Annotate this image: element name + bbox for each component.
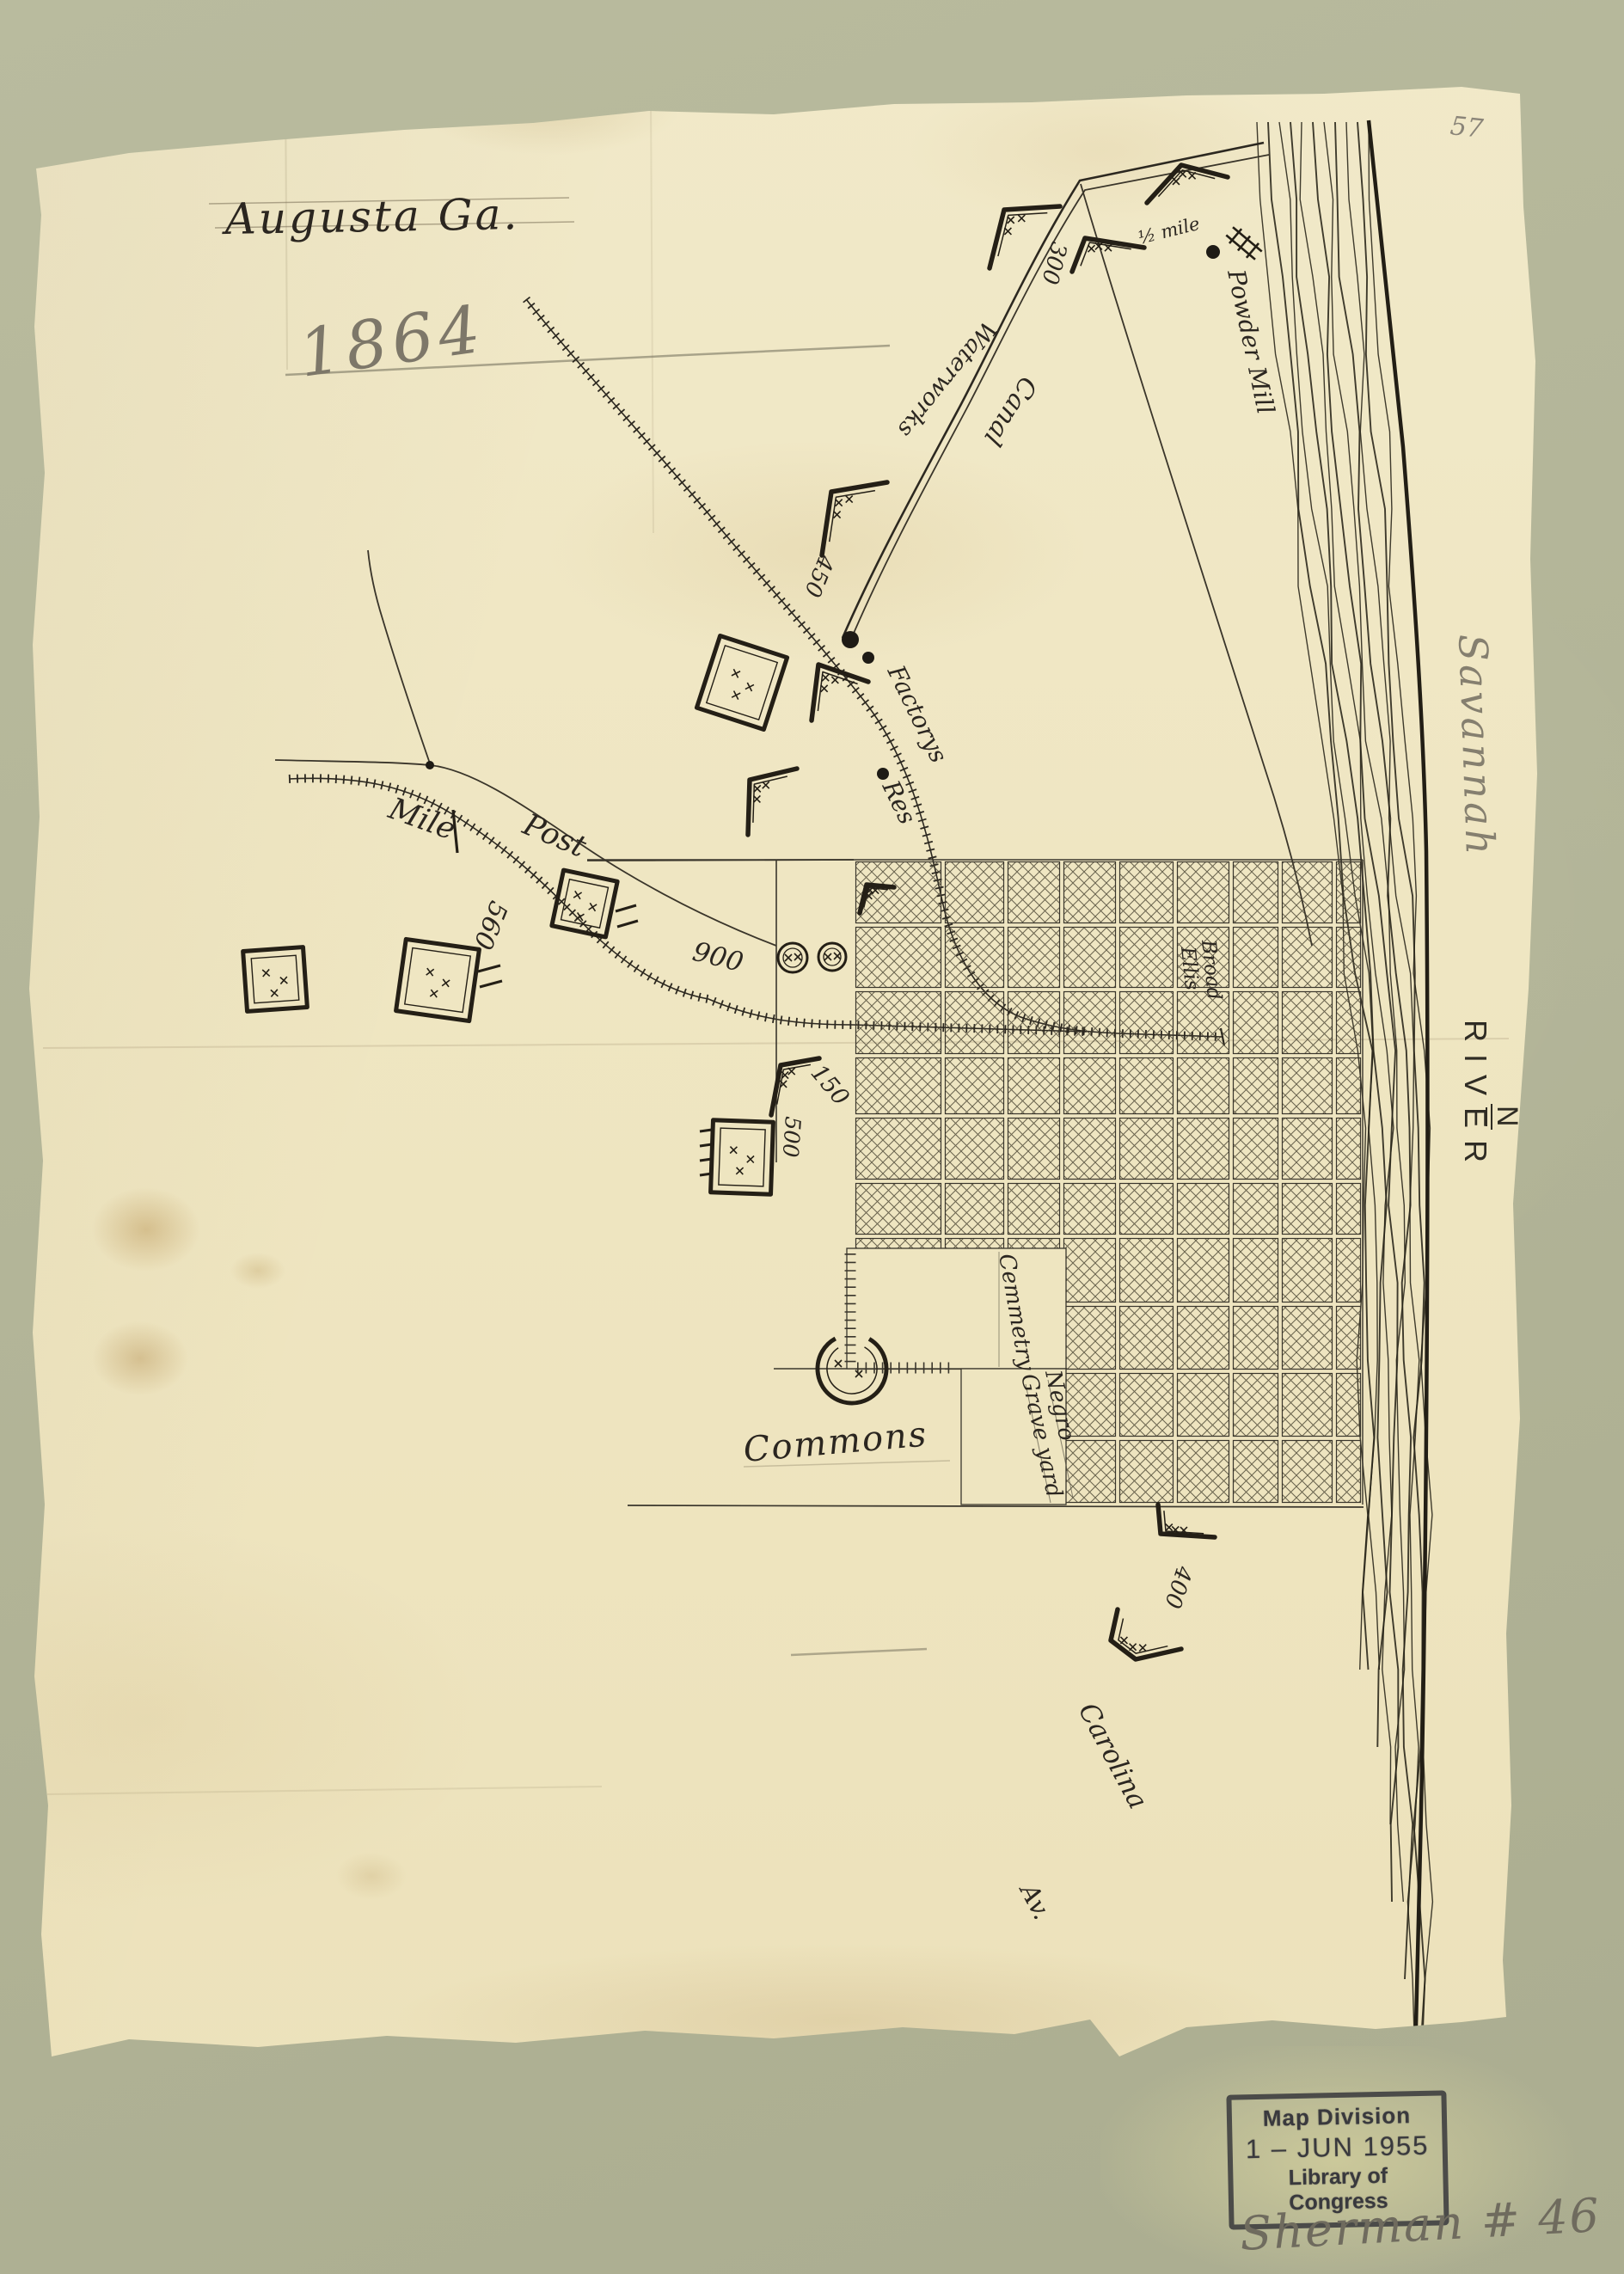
label-powder-mill: Powder Mill xyxy=(1222,267,1280,417)
mile-post-dot xyxy=(426,761,434,769)
city-grid xyxy=(856,862,1361,1503)
distance-500: 500 xyxy=(778,1116,806,1159)
label-post: Post xyxy=(518,807,592,865)
fort-450 xyxy=(822,482,887,555)
label-canal: Canal xyxy=(977,371,1043,451)
label-carolina: Carolina xyxy=(1072,1698,1154,1814)
canal-lines xyxy=(843,143,1269,643)
label-half-mile: ½ mile xyxy=(1136,213,1201,248)
label-north: N xyxy=(1491,1106,1523,1127)
label-factorys: Factorys xyxy=(881,660,953,768)
pencil-dash-mark xyxy=(791,1649,927,1655)
distance-560: 560 xyxy=(467,897,513,953)
year-note: 1864 xyxy=(294,290,490,391)
battery-circle-west xyxy=(778,943,807,972)
redoubt-road-north xyxy=(552,870,617,937)
label-river: RIVER xyxy=(1458,1020,1493,1174)
map-title: Augusta Ga. xyxy=(221,189,520,244)
label-av: Av. xyxy=(1013,1877,1057,1925)
distance-150: 150 xyxy=(806,1060,855,1111)
fort-factory-north xyxy=(812,665,868,720)
reservoir-dot xyxy=(877,768,889,780)
scan-background-mat: Augusta Ga. 1864 57 Savannah RIVER N Can… xyxy=(0,0,1624,2274)
redoubt-560 xyxy=(396,939,480,1021)
grid-blocks-south xyxy=(1064,1374,1361,1503)
page-number: 57 xyxy=(1449,111,1486,144)
north-indicator: N xyxy=(1486,1104,1523,1130)
powder-mill-dot xyxy=(1206,245,1220,259)
fort-canal-east xyxy=(1072,238,1144,272)
fort-150 xyxy=(771,1058,819,1115)
map-paper-sheet: Augusta Ga. 1864 57 Savannah RIVER N Can… xyxy=(0,0,1624,2274)
redoubt-factory-west xyxy=(696,635,787,729)
redoubt-500 xyxy=(711,1120,774,1194)
fort-commons-corner xyxy=(1158,1505,1215,1537)
fort-half-mile xyxy=(1147,165,1228,203)
distance-400: 400 xyxy=(1159,1562,1197,1611)
battery-circle-east xyxy=(818,943,846,971)
label-ellis: Ellis xyxy=(1176,945,1203,991)
fort-factory-south xyxy=(748,769,797,835)
factory-dot-small xyxy=(862,652,874,664)
redoubt-west xyxy=(243,947,308,1012)
factory-dot-large xyxy=(842,631,859,648)
label-res: Res xyxy=(876,775,922,829)
label-savannah: Savannah xyxy=(1449,633,1504,858)
augusta-map-drawing: Augusta Ga. 1864 57 Savannah RIVER N Can… xyxy=(0,0,1624,2274)
stamp-division-line: Map Division xyxy=(1241,2102,1434,2133)
distance-900: 900 xyxy=(689,936,746,978)
label-mile: Mile xyxy=(383,792,460,848)
fort-carolina xyxy=(1111,1609,1181,1659)
bridge-symbol xyxy=(1223,224,1265,262)
distance-450: 450 xyxy=(799,550,839,600)
stamp-date-line: 1 – JUN 1955 xyxy=(1241,2130,1434,2166)
